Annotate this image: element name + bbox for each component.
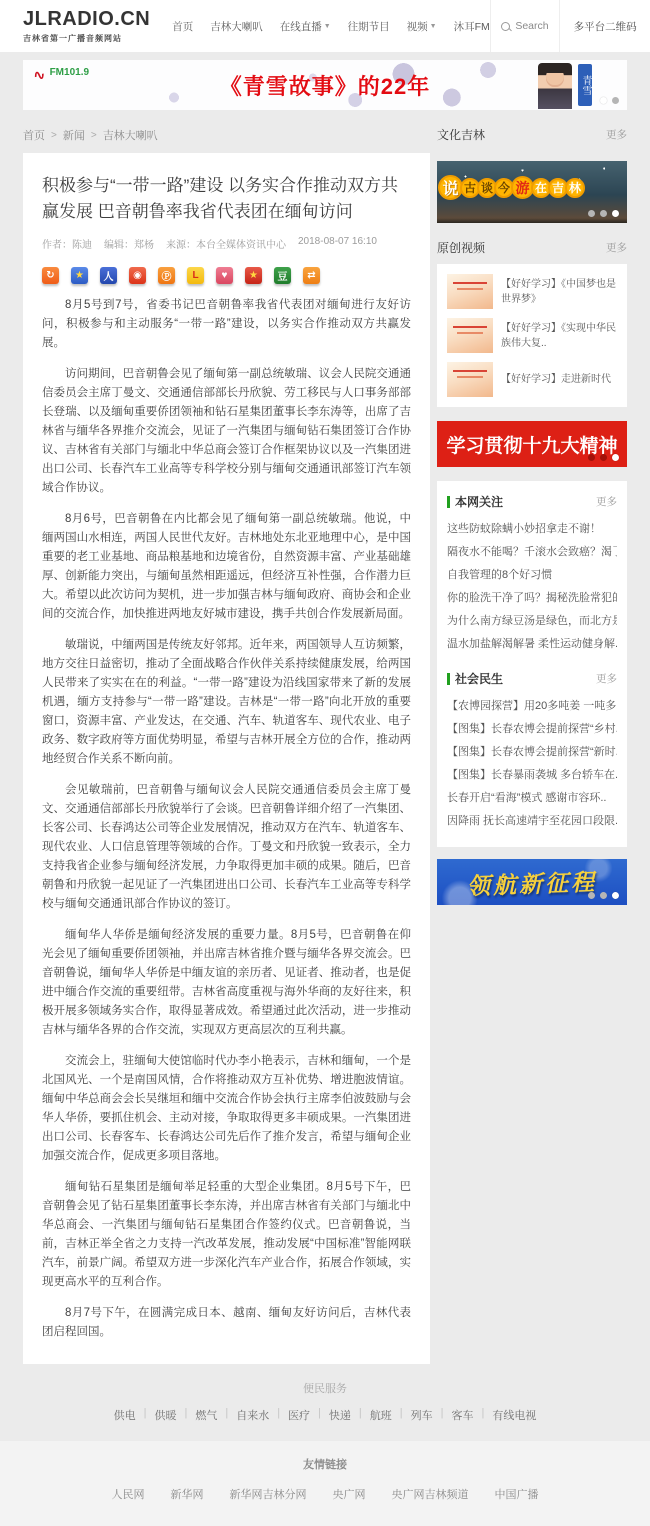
share-taojianghu-icon[interactable]: L <box>187 267 204 284</box>
article-time: 2018-08-07 16:10 <box>298 236 377 251</box>
share-baidu-icon[interactable]: ★ <box>245 267 262 284</box>
nav-item-muer-fm[interactable]: 沐耳FM <box>454 19 490 34</box>
carousel-dot[interactable] <box>588 210 595 217</box>
list-item[interactable]: 【图集】长春农博会提前探营“新时.. <box>447 741 617 764</box>
list-item[interactable]: 温水加盐解渴解暑 柔性运动健身解.. <box>447 633 617 656</box>
article-paragraph: 8月5号到7号，省委书记巴音朝鲁率我省代表团对缅甸进行友好访问，积极参与和主动服… <box>42 296 411 353</box>
share-douban-icon[interactable]: 豆 <box>274 267 291 284</box>
video-thumbnail <box>447 318 493 353</box>
culture-banner-caption: 说 古 谈 今 游 在 吉 林 <box>441 175 585 200</box>
list-item[interactable]: 隔夜水不能喝？千滚水会致癌？渴了.. <box>447 541 617 564</box>
qingxue-ribbon: 青雪 <box>578 64 592 106</box>
search-label: Search <box>515 20 548 32</box>
top-ad-banner[interactable]: ∿ FM101.9 《青雪故事》的22年 青雪 <box>23 60 627 110</box>
friend-links: 人民网 新华网 新华网吉林分网 央广网 央广网吉林频道 中国广播 <box>0 1486 650 1502</box>
chevron-down-icon: ▼ <box>430 23 437 30</box>
video-thumbnail <box>447 362 493 397</box>
friend-link[interactable]: 央广网 <box>333 1486 366 1502</box>
nav-item-past-programs[interactable]: 往期节目 <box>348 19 390 34</box>
list-item[interactable]: 为什么南方绿豆汤是绿色，而北方是.. <box>447 610 617 633</box>
carousel-dot[interactable] <box>612 210 619 217</box>
site-header: JLRADIO.CN 吉林省第一广播音频网站 首页 吉林大喇叭 在线直播▼ 往期… <box>0 0 650 52</box>
sidebar-news-card: 本网关注 更多 这些防蚊除螨小妙招拿走不谢！ 隔夜水不能喝？千滚水会致癌？渴了.… <box>437 481 627 847</box>
share-jiathis-icon[interactable]: ↻ <box>42 267 59 284</box>
article-title: 积极参与“一带一路”建设 以务实合作推动双方共赢发展 巴音朝鲁率我省代表团在缅甸… <box>42 173 411 226</box>
section-accent-bar <box>447 496 450 508</box>
carousel-dot[interactable] <box>600 454 607 461</box>
article-paragraph: 8月6号，巴音朝鲁在内比都会见了缅甸第一副总统敏瑞。他说，中缅两国山水相连，两国… <box>42 510 411 624</box>
videos-section-title: 原创视频 <box>437 239 485 256</box>
list-item[interactable]: 长春开启“看海”模式 感谢市容环.. <box>447 787 617 810</box>
video-item[interactable]: 【好好学习】《实现中华民族伟大复.. <box>447 318 617 353</box>
livelihood-list: 【农博园探营】用20多吨姜 一吨多.. 【图集】长春农博会提前探营“乡村.. 【… <box>447 695 617 833</box>
article-paragraph: 交流会上，驻缅甸大使馆临时代办李小艳表示，吉林和缅甸，一个是北国风光、一个是南国… <box>42 1052 411 1166</box>
service-link[interactable]: 有线电视 <box>492 1407 536 1423</box>
search-button[interactable]: Search <box>490 0 560 52</box>
list-item[interactable]: 自我管理的8个好习惯 <box>447 564 617 587</box>
article-paragraph: 敏瑞说，中缅两国是传统友好邻邦。近年来，两国领导人互访频繁，地方交往日益密切，推… <box>42 636 411 769</box>
service-link[interactable]: 航班 <box>370 1407 392 1423</box>
blue-banner-dots <box>588 892 619 899</box>
share-weibo-icon[interactable]: ◉ <box>129 267 146 284</box>
article-author: 作者：陈迪 <box>42 236 92 251</box>
sidebar: 说 古 谈 今 游 在 吉 林 原创视频 更多 <box>437 153 627 905</box>
ad-banner-title: 《青雪故事》的22年 <box>23 70 627 101</box>
list-item[interactable]: 【农博园探营】用20多吨姜 一吨多.. <box>447 695 617 718</box>
service-link[interactable]: 医疗 <box>288 1407 310 1423</box>
carousel-dot[interactable] <box>600 892 607 899</box>
breadcrumb-home[interactable]: 首页 <box>23 127 45 143</box>
friend-link[interactable]: 新华网吉林分网 <box>230 1486 307 1502</box>
article-paragraph: 缅甸钻石星集团是缅甸举足轻重的大型企业集团。8月5号下午，巴音朝鲁会见了钻石星集… <box>42 1178 411 1292</box>
carousel-dot[interactable] <box>588 892 595 899</box>
carousel-dot[interactable] <box>612 454 619 461</box>
breadcrumb: 首页 > 新闻 > 吉林大喇叭 <box>23 127 158 143</box>
friend-link[interactable]: 央广网吉林频道 <box>392 1486 469 1502</box>
share-renren-icon[interactable]: 人 <box>100 267 117 284</box>
site-logo[interactable]: JLRADIO.CN 吉林省第一广播音频网站 <box>23 0 150 52</box>
services-title: 便民服务 <box>0 1380 650 1396</box>
list-item[interactable]: 【图集】长春农博会提前探营“乡村.. <box>447 718 617 741</box>
article-paragraph: 访问期间，巴音朝鲁会见了缅甸第一副总统敏瑞、议会人民院交通通信委员会主席丁曼文、… <box>42 365 411 498</box>
nav-item-jilin-horn[interactable]: 吉林大喇叭 <box>210 19 263 34</box>
article-paragraph: 缅甸华人华侨是缅甸经济发展的重要力量。8月5号，巴音朝鲁在仰光会见了缅甸重要侨团… <box>42 926 411 1040</box>
list-item[interactable]: 这些防蚊除螨小妙招拿走不谢！ <box>447 518 617 541</box>
livelihood-more-link[interactable]: 更多 <box>596 671 617 686</box>
service-link[interactable]: 供电 <box>114 1407 136 1423</box>
videos-more-link[interactable]: 更多 <box>606 240 627 255</box>
share-qq-fav-icon[interactable]: ♥ <box>216 267 233 284</box>
culture-carousel-dots <box>588 210 619 217</box>
friend-link[interactable]: 人民网 <box>112 1486 145 1502</box>
services-section: 便民服务 供电| 供暖| 燃气| 自来水| 医疗| 快递| 航班| 列车| 客车… <box>0 1380 650 1423</box>
friend-link[interactable]: 新华网 <box>171 1486 204 1502</box>
service-link[interactable]: 自来水 <box>236 1407 269 1423</box>
article-body: 8月5号到7号，省委书记巴音朝鲁率我省代表团对缅甸进行友好访问，积极参与和主动服… <box>42 296 411 1342</box>
new-journey-banner[interactable]: 领航新征程 <box>437 859 627 905</box>
service-link[interactable]: 燃气 <box>195 1407 217 1423</box>
list-item[interactable]: 你的脸洗干净了吗？揭秘洗脸常犯的.. <box>447 587 617 610</box>
friend-links-title: 友情链接 <box>0 1456 650 1472</box>
article-paragraph: 8月7号下午，在圆满完成日本、越南、缅甸友好访问后，吉林代表团启程回国。 <box>42 1304 411 1342</box>
video-thumbnail <box>447 274 493 309</box>
video-item[interactable]: 【好好学习】《中国梦也是世界梦》 <box>447 274 617 309</box>
livelihood-section-title: 社会民生 <box>455 670 596 687</box>
site-tagline: 吉林省第一广播音频网站 <box>23 33 150 44</box>
focus-list: 这些防蚊除螨小妙招拿走不谢！ 隔夜水不能喝？千滚水会致癌？渴了.. 自我管理的8… <box>447 518 617 656</box>
search-icon <box>501 22 510 31</box>
culture-section-title: 文化吉林 <box>437 126 485 143</box>
friend-link[interactable]: 中国广播 <box>495 1486 539 1502</box>
culture-more-link[interactable]: 更多 <box>606 127 627 142</box>
article-meta: 作者：陈迪 编辑：郑杨 来源：本台全媒体资讯中心 2018-08-07 16:1… <box>42 236 411 251</box>
carousel-dot[interactable] <box>612 892 619 899</box>
carousel-dot[interactable] <box>588 454 595 461</box>
share-more-icon[interactable]: ⇄ <box>303 267 320 284</box>
share-bar: ↻ ★ 人 ◉ Ⓟ L ♥ ★ 豆 ⇄ <box>42 267 411 284</box>
nav-item-live[interactable]: 在线直播▼ <box>280 19 331 34</box>
list-item[interactable]: 因降雨 抚长高速靖宇至花园口段限.. <box>447 810 617 833</box>
services-links: 供电| 供暖| 燃气| 自来水| 医疗| 快递| 航班| 列车| 客车| 有线电… <box>0 1407 650 1423</box>
article-paragraph: 会见敏瑞前，巴音朝鲁与缅甸议会人民院交通通信委员会主席丁曼文、交通通信部部长丹欣… <box>42 781 411 914</box>
article-card: 积极参与“一带一路”建设 以务实合作推动双方共赢发展 巴音朝鲁率我省代表团在缅甸… <box>23 153 430 1364</box>
multi-platform-qr-link[interactable]: 多平台二维码 <box>560 0 650 52</box>
site-logo-text: JLRADIO.CN <box>23 8 150 31</box>
section-accent-bar <box>447 673 450 685</box>
share-qzone-icon[interactable]: ★ <box>71 267 88 284</box>
video-item[interactable]: 【好好学习】走进新时代 <box>447 362 617 397</box>
breadcrumb-separator: > <box>51 130 57 141</box>
service-link[interactable]: 列车 <box>411 1407 433 1423</box>
article-source: 来源：本台全媒体资讯中心 <box>166 236 286 251</box>
carousel-dot[interactable] <box>612 97 619 104</box>
focus-more-link[interactable]: 更多 <box>596 494 617 509</box>
carousel-dot[interactable] <box>600 97 607 104</box>
host-portrait <box>538 63 572 109</box>
main-nav: 首页 吉林大喇叭 在线直播▼ 往期节目 视频▼ 沐耳FM <box>172 0 490 52</box>
breadcrumb-separator: > <box>91 130 97 141</box>
culture-banner-image[interactable]: 说 古 谈 今 游 在 吉 林 <box>437 161 627 223</box>
nav-item-home[interactable]: 首页 <box>172 19 193 34</box>
banner-carousel-dots <box>600 97 619 104</box>
breadcrumb-news[interactable]: 新闻 <box>63 127 85 143</box>
video-list: 【好好学习】《中国梦也是世界梦》 【好好学习】《实现中华民族伟大复.. 【好好学… <box>437 264 627 407</box>
carousel-dot[interactable] <box>600 210 607 217</box>
list-item[interactable]: 【图集】长春暴雨袭城 多台轿车在.. <box>447 764 617 787</box>
article-editor: 编辑：郑杨 <box>104 236 154 251</box>
share-pengyou-icon[interactable]: Ⓟ <box>158 267 175 284</box>
breadcrumb-section[interactable]: 吉林大喇叭 <box>103 127 158 143</box>
chevron-down-icon: ▼ <box>324 23 331 30</box>
service-link[interactable]: 快递 <box>329 1407 351 1423</box>
nav-item-video[interactable]: 视频▼ <box>407 19 437 34</box>
service-link[interactable]: 供暖 <box>154 1407 176 1423</box>
friend-links-section: 友情链接 人民网 新华网 新华网吉林分网 央广网 央广网吉林频道 中国广播 <box>0 1441 650 1526</box>
focus-section-title: 本网关注 <box>455 493 596 510</box>
red-banner-dots <box>588 454 619 461</box>
service-link[interactable]: 客车 <box>452 1407 474 1423</box>
study-19th-congress-banner[interactable]: 学习贯彻十九大精神 <box>437 421 627 467</box>
